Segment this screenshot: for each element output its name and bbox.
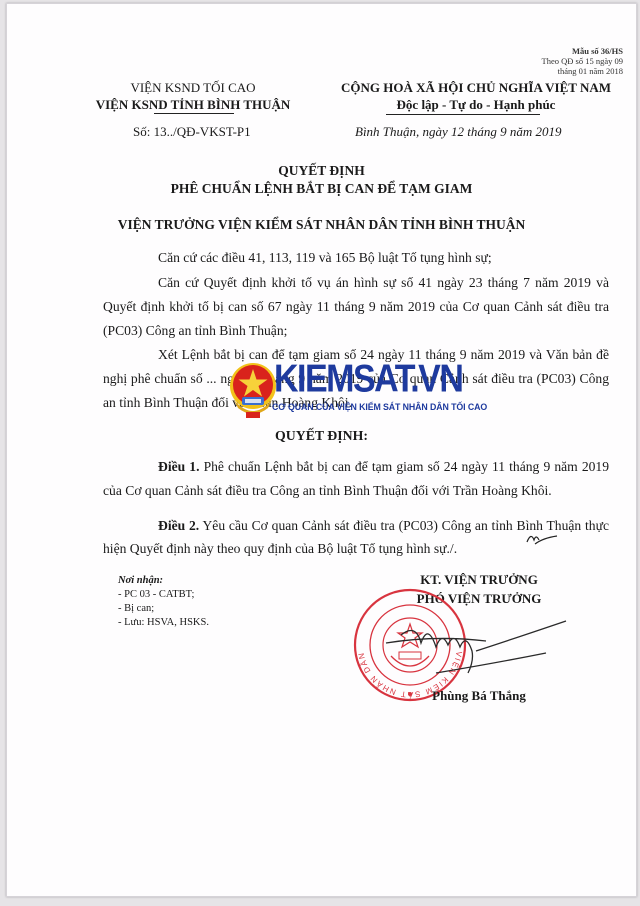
issuer-title: VIỆN TRƯỞNG VIỆN KIỂM SÁT NHÂN DÂN TỈNH …: [6, 217, 637, 233]
agency-underline: [154, 113, 234, 114]
watermark-brand: KIEMSAT.VN: [274, 358, 462, 399]
agency-name: VIỆN KSND TỈNH BÌNH THUẬN: [91, 96, 295, 113]
agency-header: VIỆN KSND TỐI CAO VIỆN KSND TỈNH BÌNH TH…: [91, 79, 295, 113]
watermark-tagline: CƠ QUAN CỦA VIỆN KIỂM SÁT NHÂN DÂN TỐI C…: [272, 402, 487, 412]
signature-icon: [376, 613, 576, 683]
initials-mark-icon: [523, 528, 563, 548]
article-2-label: Điều 2.: [158, 518, 199, 533]
national-emblem-icon: [228, 360, 278, 422]
signer-name: Phùng Bá Thắng: [404, 688, 554, 704]
national-motto: Độc lập - Tự do - Hạnh phúc: [328, 96, 624, 113]
preamble-2: Căn cứ Quyết định khởi tố vụ án hình sự …: [103, 271, 609, 343]
decision-title: QUYẾT ĐỊNH PHÊ CHUẨN LỆNH BẮT BỊ CAN ĐỂ …: [6, 162, 637, 198]
recipient-item: - Lưu: HSVA, HSKS.: [118, 616, 209, 630]
title-line-1: QUYẾT ĐỊNH: [6, 162, 637, 180]
place-date: Bình Thuận, ngày 12 tháng 9 năm 2019: [355, 120, 562, 144]
article-1: Điều 1. Phê chuẩn Lệnh bắt bị can để tạm…: [103, 455, 609, 503]
form-reference-2: tháng 01 năm 2018: [542, 66, 623, 76]
recipient-item: - PC 03 - CATBT;: [118, 588, 209, 602]
form-number: Mẫu số 36/HS: [542, 46, 623, 56]
form-note: Mẫu số 36/HS Theo QĐ số 15 ngày 09 tháng…: [542, 46, 623, 76]
title-line-2: PHÊ CHUẨN LỆNH BẮT BỊ CAN ĐỂ TẠM GIAM: [6, 180, 637, 198]
national-header: CỘNG HOÀ XÃ HỘI CHỦ NGHĨA VIỆT NAM Độc l…: [328, 79, 624, 113]
recipients: Nơi nhận: - PC 03 - CATBT; - Bị can; - L…: [118, 574, 209, 630]
parent-agency: VIỆN KSND TỐI CAO: [91, 79, 295, 96]
form-reference-1: Theo QĐ số 15 ngày 09: [542, 56, 623, 66]
decision-heading: QUYẾT ĐỊNH:: [6, 428, 637, 444]
recipients-heading: Nơi nhận:: [118, 574, 209, 588]
document-page: Mẫu số 36/HS Theo QĐ số 15 ngày 09 tháng…: [6, 3, 637, 897]
nation-name: CỘNG HOÀ XÃ HỘI CHỦ NGHĨA VIỆT NAM: [328, 79, 624, 96]
recipient-item: - Bị can;: [118, 602, 209, 616]
article-1-label: Điều 1.: [158, 459, 199, 474]
motto-underline: [386, 114, 540, 115]
document-number: Số: 13../QĐ-VKST-P1: [133, 120, 251, 144]
preamble-1: Căn cứ các điều 41, 113, 119 và 165 Bộ l…: [103, 246, 609, 270]
